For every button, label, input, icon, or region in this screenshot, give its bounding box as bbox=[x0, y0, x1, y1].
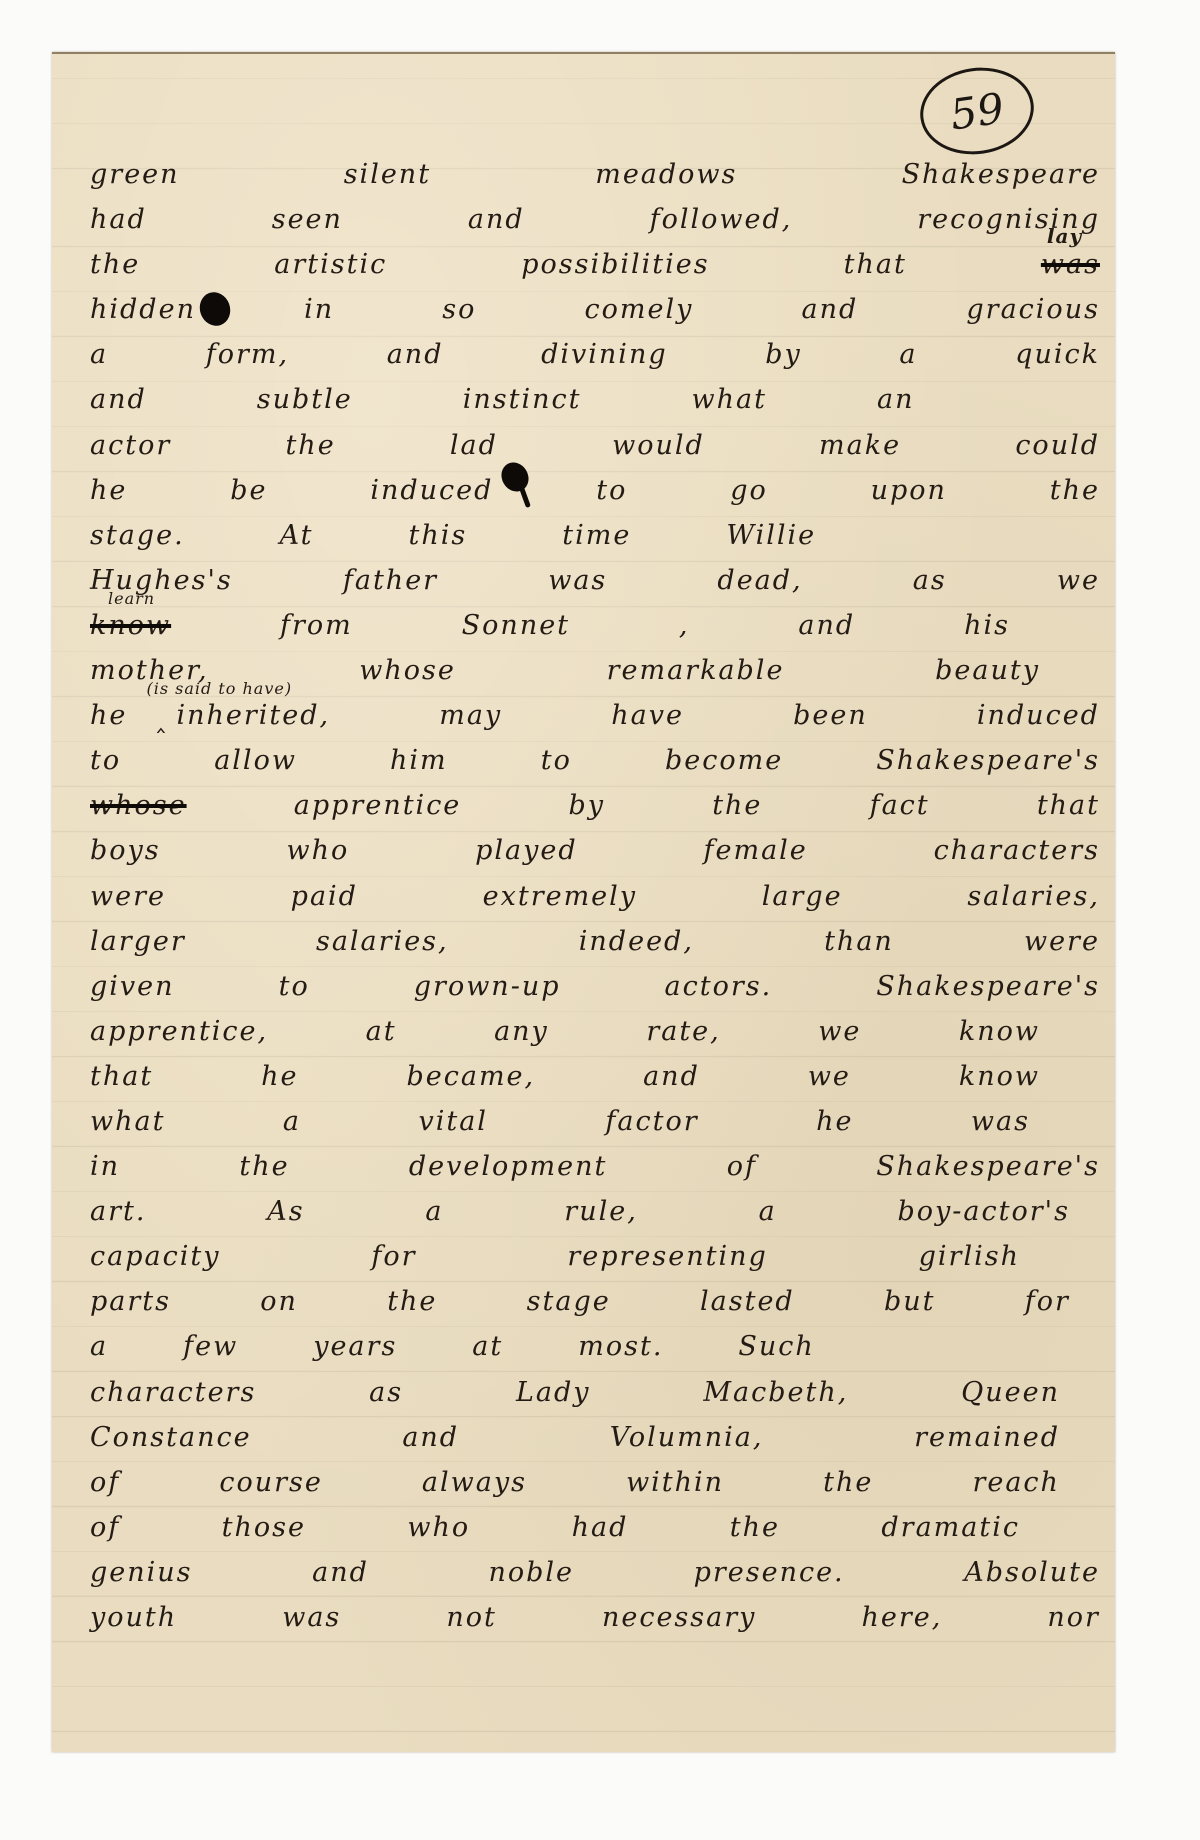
word: know bbox=[959, 1054, 1040, 1099]
word: divining bbox=[541, 332, 668, 377]
word: remained bbox=[914, 1415, 1060, 1460]
word: paid bbox=[291, 874, 358, 919]
word: who bbox=[287, 828, 350, 873]
word: stage. bbox=[90, 513, 185, 558]
text-line-26: parts on the stage lasted but for bbox=[90, 1279, 1100, 1324]
word: whose bbox=[359, 648, 456, 693]
word: as bbox=[913, 558, 947, 603]
word: became, bbox=[406, 1054, 535, 1099]
word: Shakespeare bbox=[902, 152, 1100, 197]
word: father bbox=[343, 558, 438, 603]
word: as bbox=[369, 1370, 403, 1415]
text-line-33: youth was not necessary here, nor bbox=[90, 1595, 1100, 1640]
word: parts bbox=[90, 1279, 171, 1324]
word: Shakespeare's bbox=[876, 964, 1100, 1009]
word: in bbox=[304, 287, 334, 332]
word: artistic bbox=[274, 242, 387, 287]
word: most. bbox=[578, 1324, 663, 1369]
word: an bbox=[877, 377, 915, 422]
word: and bbox=[90, 377, 147, 422]
word: induced bbox=[370, 468, 493, 513]
word: lasted bbox=[700, 1279, 795, 1324]
word: induced bbox=[977, 693, 1100, 738]
word: dead, bbox=[717, 558, 802, 603]
text-line-2: had seen and followed, recognising bbox=[90, 197, 1100, 242]
page-number-circled: 59 bbox=[915, 60, 1040, 161]
word: meadows bbox=[595, 152, 737, 197]
text-line-10: Hughes's father was dead, as we bbox=[90, 558, 1100, 603]
struck-word: was bbox=[1041, 249, 1100, 280]
word: he bbox=[816, 1099, 853, 1144]
word: fact bbox=[870, 783, 930, 828]
word: that bbox=[90, 1054, 153, 1099]
text-line-16: boys who played female characters bbox=[90, 828, 1100, 873]
word: noble bbox=[488, 1550, 574, 1595]
word: was bbox=[548, 558, 607, 603]
word: salaries, bbox=[316, 919, 449, 964]
word: hidden bbox=[90, 287, 196, 332]
word: may bbox=[439, 693, 502, 738]
word: rate, bbox=[646, 1009, 720, 1054]
text-line-23: in the development of Shakespeare's bbox=[90, 1144, 1100, 1189]
word: possibilities bbox=[521, 242, 709, 287]
text-line-15: whose apprentice by the fact that bbox=[90, 783, 1100, 828]
word: that bbox=[844, 242, 907, 287]
text-line-24: art. As a rule, a boy-actor's bbox=[90, 1189, 1100, 1234]
word: upon bbox=[871, 468, 947, 513]
word: was bbox=[971, 1099, 1030, 1144]
word: the bbox=[239, 1144, 289, 1189]
page-number-text: 59 bbox=[947, 83, 1007, 139]
text-line-31: of those who had the dramatic bbox=[90, 1505, 1100, 1550]
word: genius bbox=[90, 1550, 193, 1595]
word: for bbox=[371, 1234, 416, 1279]
word: boys bbox=[90, 828, 161, 873]
word: development bbox=[409, 1144, 608, 1189]
word: few bbox=[183, 1324, 238, 1369]
word: would bbox=[612, 423, 705, 468]
word: the bbox=[285, 423, 335, 468]
word: and bbox=[468, 197, 525, 242]
word: what bbox=[692, 377, 767, 422]
word: a bbox=[90, 332, 108, 377]
word: the bbox=[90, 242, 140, 287]
word: seen bbox=[272, 197, 343, 242]
word: nor bbox=[1047, 1595, 1100, 1640]
word: Absolute bbox=[964, 1550, 1100, 1595]
word: and bbox=[798, 603, 855, 648]
word: to bbox=[596, 468, 627, 513]
word: characters bbox=[934, 828, 1100, 873]
word: characters bbox=[90, 1370, 256, 1415]
word: a bbox=[899, 332, 917, 377]
word: was bbox=[282, 1595, 341, 1640]
word: know bbox=[959, 1009, 1040, 1054]
insertion-caret-icon: ‸ bbox=[156, 697, 167, 742]
word: and bbox=[402, 1415, 459, 1460]
word: had bbox=[572, 1505, 629, 1550]
text-line-9: stage. At this time Willie bbox=[90, 513, 1100, 558]
text-line-8: he be induced to go upon the bbox=[90, 468, 1100, 513]
word: from bbox=[280, 603, 353, 648]
word: but bbox=[884, 1279, 936, 1324]
word: extremely bbox=[483, 874, 637, 919]
word: , bbox=[679, 603, 690, 648]
word: become bbox=[665, 738, 783, 783]
word: any bbox=[494, 1009, 549, 1054]
word: he bbox=[90, 693, 127, 738]
word: make bbox=[819, 423, 901, 468]
word: At bbox=[280, 513, 314, 558]
word: necessary bbox=[602, 1595, 756, 1640]
text-line-5: a form, and divining by a quick bbox=[90, 332, 1100, 377]
word: capacity bbox=[90, 1234, 220, 1279]
word: As bbox=[267, 1189, 304, 1234]
word: subtle bbox=[257, 377, 353, 422]
word: actors. bbox=[665, 964, 773, 1009]
word: what bbox=[90, 1099, 165, 1144]
inserted-word: lay bbox=[1047, 228, 1082, 244]
word: of bbox=[90, 1460, 120, 1505]
word: those bbox=[222, 1505, 306, 1550]
word: a bbox=[283, 1099, 301, 1144]
text-line-20: apprentice, at any rate, we know bbox=[90, 1009, 1100, 1054]
manuscript-page: 59 green silent meadows Shakespeare had … bbox=[52, 52, 1115, 1752]
word: go bbox=[730, 468, 768, 513]
word: female bbox=[704, 828, 808, 873]
text-line-32: genius and noble presence. Absolute bbox=[90, 1550, 1100, 1595]
word: we bbox=[818, 1009, 861, 1054]
word: at bbox=[472, 1324, 503, 1369]
word: followed, bbox=[650, 197, 793, 242]
text-line-19: given to grown-up actors. Shakespeare's bbox=[90, 964, 1100, 1009]
word: remarkable bbox=[607, 648, 785, 693]
text-line-6: and subtle instinct what an bbox=[90, 377, 1100, 422]
text-line-18: larger salaries, indeed, than were bbox=[90, 919, 1100, 964]
word: a bbox=[425, 1189, 443, 1234]
word: time bbox=[562, 513, 631, 558]
struck-word: whose bbox=[90, 783, 187, 828]
word: who bbox=[407, 1505, 470, 1550]
word: boy-actor's bbox=[898, 1189, 1070, 1234]
word: and bbox=[643, 1054, 700, 1099]
word: actor bbox=[90, 423, 171, 468]
word: inherited, bbox=[176, 700, 330, 731]
word: allow bbox=[214, 738, 297, 783]
text-line-25: capacity for representing girlish bbox=[90, 1234, 1100, 1279]
word: for bbox=[1025, 1279, 1070, 1324]
word: and bbox=[387, 332, 444, 377]
text-line-11: learn know from Sonnet , and his bbox=[90, 603, 1100, 648]
word: so bbox=[442, 287, 476, 332]
word: indeed, bbox=[579, 919, 694, 964]
word: youth bbox=[90, 1595, 177, 1640]
word: the bbox=[712, 783, 762, 828]
word: to bbox=[279, 964, 310, 1009]
manuscript-text: green silent meadows Shakespeare had see… bbox=[90, 152, 1100, 1640]
word: green bbox=[90, 152, 180, 197]
word: reach bbox=[972, 1460, 1060, 1505]
word: of bbox=[727, 1144, 757, 1189]
word: comely bbox=[585, 287, 694, 332]
word: apprentice bbox=[294, 783, 462, 828]
word: here, bbox=[861, 1595, 942, 1640]
word: rule, bbox=[564, 1189, 638, 1234]
word: always bbox=[422, 1460, 527, 1505]
word: silent bbox=[344, 152, 431, 197]
text-line-22: what a vital factor he was bbox=[90, 1099, 1100, 1144]
word: his bbox=[964, 603, 1010, 648]
word: the bbox=[1050, 468, 1100, 513]
word: and bbox=[312, 1550, 369, 1595]
word: apprentice, bbox=[90, 1009, 268, 1054]
word: dramatic bbox=[881, 1505, 1020, 1550]
word: Sonnet bbox=[462, 603, 570, 648]
word: the bbox=[730, 1505, 780, 1550]
text-line-7: actor the lad would make could bbox=[90, 423, 1100, 468]
word: could bbox=[1015, 423, 1100, 468]
word: the bbox=[823, 1460, 873, 1505]
text-line-1: green silent meadows Shakespeare bbox=[90, 152, 1100, 197]
text-line-27: a few years at most. Such bbox=[90, 1324, 1100, 1369]
correction-is-said-to-have: (is said to have) ‸ inherited, bbox=[176, 693, 330, 738]
word: of bbox=[90, 1505, 120, 1550]
word: presence. bbox=[694, 1550, 845, 1595]
word: vital bbox=[418, 1099, 487, 1144]
word: were bbox=[1024, 919, 1100, 964]
text-line-13: he (is said to have) ‸ inherited, may ha… bbox=[90, 693, 1100, 738]
word: form, bbox=[206, 332, 289, 377]
word: the bbox=[387, 1279, 437, 1324]
word: have bbox=[611, 693, 684, 738]
word: played bbox=[475, 828, 578, 873]
word: gracious bbox=[966, 287, 1100, 332]
struck-word: know bbox=[90, 610, 171, 641]
word: stage bbox=[527, 1279, 611, 1324]
word: girlish bbox=[919, 1234, 1020, 1279]
word: course bbox=[219, 1460, 323, 1505]
word: at bbox=[366, 1009, 397, 1054]
word: had bbox=[90, 197, 147, 242]
word: instinct bbox=[463, 377, 582, 422]
word: Volumnia, bbox=[610, 1415, 764, 1460]
word: large bbox=[762, 874, 843, 919]
word: him bbox=[390, 738, 448, 783]
word: in bbox=[90, 1144, 120, 1189]
word: by bbox=[568, 783, 605, 828]
word: beauty bbox=[935, 648, 1040, 693]
text-line-17: were paid extremely large salaries, bbox=[90, 874, 1100, 919]
word: we bbox=[808, 1054, 851, 1099]
word: art. bbox=[90, 1189, 146, 1234]
word: a bbox=[90, 1324, 108, 1369]
text-line-29: Constance and Volumnia, remained bbox=[90, 1415, 1100, 1460]
word: on bbox=[260, 1279, 298, 1324]
word: be bbox=[230, 468, 267, 513]
word: Queen bbox=[961, 1370, 1060, 1415]
word: he bbox=[90, 468, 127, 513]
word: were bbox=[90, 874, 166, 919]
text-line-4: hidden in so comely and gracious bbox=[90, 287, 1100, 332]
word: factor bbox=[605, 1099, 698, 1144]
word: Willie bbox=[726, 513, 816, 558]
text-line-30: of course always within the reach bbox=[90, 1460, 1100, 1505]
inserted-phrase: (is said to have) bbox=[146, 681, 292, 697]
text-line-14: to allow him to become Shakespeare's bbox=[90, 738, 1100, 783]
word: than bbox=[824, 919, 894, 964]
word: a bbox=[759, 1189, 777, 1234]
word: not bbox=[446, 1595, 497, 1640]
word: years bbox=[313, 1324, 397, 1369]
word: representing bbox=[567, 1234, 767, 1279]
correction-lay: lay was bbox=[1041, 242, 1100, 287]
word: given bbox=[90, 964, 175, 1009]
word: within bbox=[626, 1460, 724, 1505]
word: Shakespeare's bbox=[876, 1144, 1100, 1189]
word: he bbox=[261, 1054, 298, 1099]
text-line-3: the artistic possibilities that lay was bbox=[90, 242, 1100, 287]
word: to bbox=[90, 738, 121, 783]
word: we bbox=[1057, 558, 1100, 603]
word: that bbox=[1037, 783, 1100, 828]
correction-learn: learn know bbox=[90, 603, 171, 648]
word: by bbox=[765, 332, 802, 377]
word: and bbox=[801, 287, 858, 332]
word: Such bbox=[738, 1324, 814, 1369]
word: salaries, bbox=[967, 874, 1100, 919]
word: Constance bbox=[90, 1415, 252, 1460]
word: Shakespeare's bbox=[876, 738, 1100, 783]
word: quick bbox=[1015, 332, 1100, 377]
word: Macbeth, bbox=[703, 1370, 848, 1415]
text-line-21: that he became, and we know bbox=[90, 1054, 1100, 1099]
word: this bbox=[409, 513, 468, 558]
word: lad bbox=[450, 423, 498, 468]
word: larger bbox=[90, 919, 186, 964]
word: grown-up bbox=[414, 964, 561, 1009]
word: Lady bbox=[516, 1370, 591, 1415]
inserted-word: learn bbox=[108, 591, 155, 607]
word: been bbox=[793, 693, 868, 738]
word: to bbox=[541, 738, 572, 783]
text-line-28: characters as Lady Macbeth, Queen bbox=[90, 1370, 1100, 1415]
